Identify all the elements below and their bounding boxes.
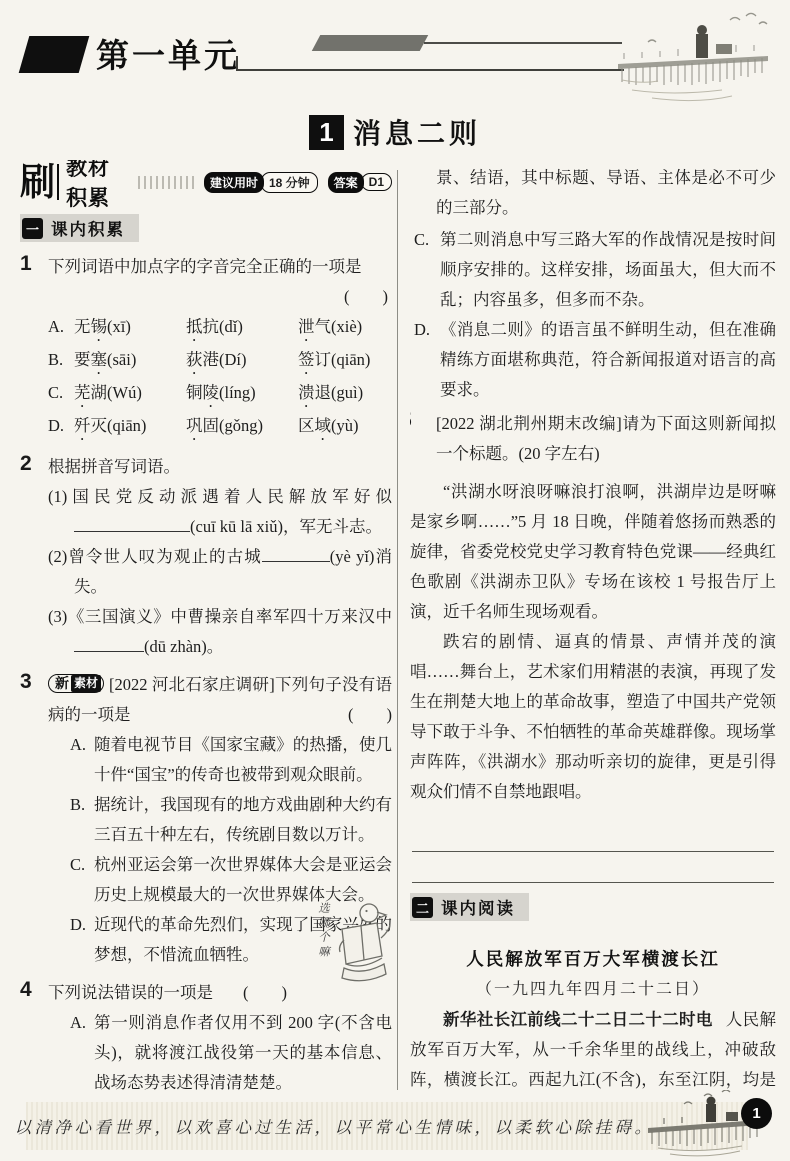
question-1: 1 下列词语中加点字的字音完全正确的一项是 ( ) A. 无锡(xī) 抵抗(d…: [20, 252, 392, 444]
option-word: 无锡(xī): [74, 312, 186, 345]
option-label: B.: [48, 345, 74, 378]
header-rule-top: [424, 42, 622, 44]
fill-in-blank: [74, 514, 190, 532]
question-4-option: A.第一则消息作者仅用不到 200 字(不含电头)，就将渡江战役第一天的基本信息…: [48, 1008, 392, 1098]
option-label: C.: [48, 378, 74, 411]
question-2-item: (3)《三国演义》中曹操亲自率军四十万来汉中(dū zhàn)。: [48, 602, 392, 662]
section-one-title: 课内积累: [51, 216, 125, 240]
page-number-badge: 1: [741, 1098, 772, 1129]
question-4-number: 4: [20, 975, 32, 1005]
reading-passage-title: 人民解放军百万大军横渡长江: [410, 943, 776, 975]
question-1-option-row: A. 无锡(xī) 抵抗(dǐ) 泄气(xiè): [48, 312, 392, 345]
duck-reading-icon: [332, 898, 392, 988]
column-divider: [397, 170, 398, 1090]
dateline-lead: 新华社长江前线二十二日二十二时电: [443, 1010, 713, 1029]
option-word: 荻港(Dí): [186, 345, 298, 378]
question-1-option-row: D. 歼灭(qiān) 巩固(gǒng) 区域(yù): [48, 411, 392, 444]
question-3-option: A.随着电视节目《国家宝藏》的热播，使几十件“国宝”的传奇也被带到观众眼前。: [48, 730, 392, 790]
unit-title: 第一单元: [96, 30, 240, 77]
option-word: 区域(yù): [298, 411, 392, 444]
option-word: 溃退(guì): [298, 378, 392, 411]
option-word: 铜陵(líng): [186, 378, 298, 411]
right-column: 景、结语，其中标题、导语、主体是必不可少的三部分。 C.第二则消息中写三路大军的…: [410, 163, 776, 1095]
brand-logo: 刷: [20, 163, 55, 201]
question-1-stem: 下列词语中加点字的字音完全正确的一项是: [48, 252, 392, 282]
brand-title: 教材积累: [66, 160, 126, 212]
option-word: 抵抗(dǐ): [186, 312, 298, 345]
answer-line: [412, 821, 774, 852]
doodle-caption: 选哪个嘛: [315, 902, 331, 960]
question-5-source: [2022 湖北荆州期末改编]: [436, 414, 622, 433]
option-word: 歼灭(qiān): [74, 411, 186, 444]
answer-badge: 答案 D1: [328, 172, 392, 193]
question-5-stem: [2022 湖北荆州期末改编]请为下面这则新闻拟一个标题。(20 字左右): [436, 409, 776, 469]
question-4-answer-bracket: ( ): [243, 983, 287, 1002]
answer-label: 答案: [328, 172, 364, 193]
margin-doodle: 选哪个嘛: [315, 898, 392, 988]
question-3-number: 3: [20, 667, 32, 697]
answer-line: [412, 852, 774, 883]
option-word: 芜湖(Wú): [74, 378, 186, 411]
question-2-number: 2: [20, 449, 32, 479]
section-one-header: 一 课内积累: [20, 214, 139, 242]
option-label: D.: [48, 411, 74, 444]
answer-value: D1: [361, 173, 392, 191]
suggested-time-label: 建议用时: [204, 172, 264, 193]
lesson-title-row: 1 消息二则: [0, 112, 790, 152]
workbook-page: 第一单元 1 消息二则 刷 教材积累: [0, 0, 790, 1161]
suggested-time-badge: 建议用时 18 分钟: [204, 172, 318, 193]
news-paragraph: “洪湖水呀浪呀嘛浪打浪啊，洪湖岸边是呀嘛是家乡啊……”5 月 18 日晚，伴随着…: [410, 477, 776, 627]
question-4: 4 下列说法错误的一项是( ) A.第一则消息作者仅用不到 200 字(不含电头…: [20, 978, 392, 1098]
question-3-stem: 新 素材 [2022 河北石家庄调研]下列句子没有语病的一项是 ( ): [48, 670, 392, 730]
suggested-time-value: 18 分钟: [261, 172, 318, 193]
header-gray-shape: [312, 35, 429, 51]
question-1-option-row: B. 要塞(sāi) 荻港(Dí) 签订(qiān): [48, 345, 392, 378]
question-5: 5 [2022 湖北荆州期末改编]请为下面这则新闻拟一个标题。(20 字左右): [410, 409, 776, 469]
fill-in-blank: [74, 634, 144, 652]
question-4-option: D.《消息二则》的语言虽不鲜明生动，但在准确精练方面堪称典范，符合新闻报道对语言…: [410, 315, 776, 405]
question-2: 2 根据拼音写词语。 (1)国民党反动派遇着人民解放军好似(cuī kū lā …: [20, 452, 392, 662]
lesson-number-box: 1: [309, 115, 344, 150]
section-one-number-box: 一: [22, 218, 43, 239]
fill-in-blank: [262, 544, 330, 562]
unit-header-shape: [19, 36, 90, 73]
left-column: 刷 教材积累 建议用时 18 分钟 答案 D1 一 课内积累 1 下列词语中加点…: [20, 160, 392, 1098]
option-label: A.: [48, 312, 74, 345]
news-paragraph: 跌宕的剧情、逼真的情景、声情并茂的演唱……舞台上，艺术家们用精湛的表演，再现了发…: [410, 627, 776, 807]
question-4-option: C.第二则消息中写三路大军的作战情况是按时间顺序安排的。这样安排，场面虽大，但大…: [410, 225, 776, 315]
new-material-badge: 新 素材: [48, 674, 104, 693]
question-2-stem: 根据拼音写词语。: [48, 452, 392, 482]
question-5-number: 5: [410, 406, 412, 436]
section-two-title: 课内阅读: [441, 895, 515, 919]
option-word: 要塞(sāi): [74, 345, 186, 378]
section-two-number-box: 二: [412, 897, 433, 918]
reading-passage-body: 新华社长江前线二十二日二十二时电人民解放军百万大军，从一千余华里的战线上，冲破敌…: [410, 1005, 776, 1095]
section-two-header: 二 课内阅读: [410, 893, 529, 921]
question-2-item: (2)曾令世人叹为观止的古城(yè yǐ)消失。: [48, 542, 392, 602]
option-word: 泄气(xiè): [298, 312, 392, 345]
question-3-answer-bracket: ( ): [348, 700, 392, 730]
brand-bar: [57, 164, 59, 200]
reading-passage-date: （一九四九年四月二十二日）: [410, 975, 776, 1005]
question-4-option-b-continuation: 景、结语，其中标题、导语、主体是必不可少的三部分。: [410, 163, 776, 223]
question-1-number: 1: [20, 249, 32, 279]
option-word: 巩固(gǒng): [186, 411, 298, 444]
lesson-title: 消息二则: [353, 112, 481, 152]
question-1-answer-bracket: ( ): [48, 282, 392, 312]
option-word: 签订(qiān): [298, 345, 392, 378]
question-3-source: [2022 河北石家庄调研]: [109, 675, 275, 694]
bridge-illustration-icon: [612, 12, 774, 106]
drill-section-banner: 刷 教材积累 建议用时 18 分钟 答案 D1: [20, 160, 392, 204]
header-rule-bottom: [236, 56, 624, 71]
footer-band: 以清净心看世界，以欢喜心过生活，以平常心生情味，以柔软心除挂碍。: [26, 1102, 748, 1150]
hatch-pattern: [138, 176, 194, 189]
question-3-option: B.据统计，我国现有的地方戏曲剧种大约有三百五十种左右，传统剧目数以万计。: [48, 790, 392, 850]
question-2-item: (1)国民党反动派遇着人民解放军好似(cuī kū lā xiǔ)，军无斗志。: [48, 482, 392, 542]
question-1-option-row: C. 芜湖(Wú) 铜陵(líng) 溃退(guì): [48, 378, 392, 411]
